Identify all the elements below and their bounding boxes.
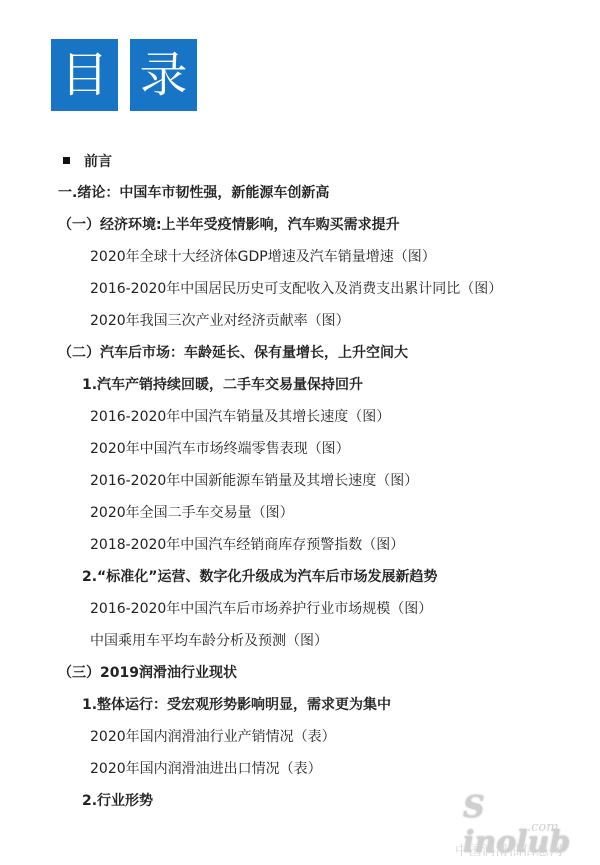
toc-entry[interactable]: （一）经济环境:上半年受疫情影响，汽车购买需求提升 (58, 216, 400, 234)
title-char-2: 录 (139, 51, 187, 99)
toc-entry[interactable]: （二）汽车后市场：车龄延长、保有量增长，上升空间大 (58, 344, 408, 362)
toc-entry-preface[interactable]: 前言 (63, 153, 112, 171)
title-char-box-1: 目 (51, 39, 118, 111)
watermark: S inolub .com 中国润滑油信息网 (455, 790, 595, 860)
toc-entry[interactable]: 2020年我国三次产业对经济贡献率（图） (90, 312, 350, 330)
toc-entry[interactable]: 2.“标准化”运营、数字化升级成为汽车后市场发展新趋势 (82, 568, 437, 586)
toc-entry[interactable]: 一.绪论：中国车市韧性强，新能源车创新高 (58, 184, 329, 202)
toc-entry[interactable]: 2020年全球十大经济体GDP增速及汽车销量增速（图） (90, 248, 436, 266)
toc-entry[interactable]: 2020年全国二手车交易量（图） (90, 504, 294, 522)
title-char-1: 目 (60, 51, 108, 99)
toc-entry[interactable]: 中国乘用车平均车龄分析及预测（图） (90, 632, 328, 650)
toc-entry[interactable]: 2016-2020年中国新能源车销量及其增长速度（图） (90, 472, 418, 490)
toc-entry[interactable]: 2020年国内润滑油进出口情况（表） (90, 760, 322, 778)
toc-entry[interactable]: 2016-2020年中国居民历史可支配收入及消费支出累计同比（图） (90, 280, 502, 298)
toc-entry[interactable]: 2018-2020年中国汽车经销商库存预警指数（图） (90, 536, 404, 554)
toc-entry[interactable]: 2020年国内润滑油行业产销情况（表） (90, 728, 336, 746)
toc-entry[interactable]: 2016-2020年中国汽车销量及其增长速度（图） (90, 408, 390, 426)
toc-entry[interactable]: （三）2019润滑油行业现状 (58, 664, 237, 682)
title-char-box-2: 录 (130, 39, 197, 111)
toc-entry[interactable]: 2.行业形势 (82, 792, 153, 810)
toc-entry[interactable]: 2020年中国汽车市场终端零售表现（图） (90, 440, 350, 458)
toc-entry[interactable]: 2016-2020年中国汽车后市场养护行业市场规模（图） (90, 600, 432, 618)
square-bullet-icon (63, 157, 70, 164)
toc-entry[interactable]: 1.汽车产销持续回暖，二手车交易量保持回升 (82, 376, 363, 394)
watermark-domain: .com (527, 820, 559, 835)
watermark-site-name: 中国润滑油信息网 (455, 840, 563, 859)
toc-entry[interactable]: 1.整体运行：受宏观形势影响明显，需求更为集中 (82, 696, 391, 714)
